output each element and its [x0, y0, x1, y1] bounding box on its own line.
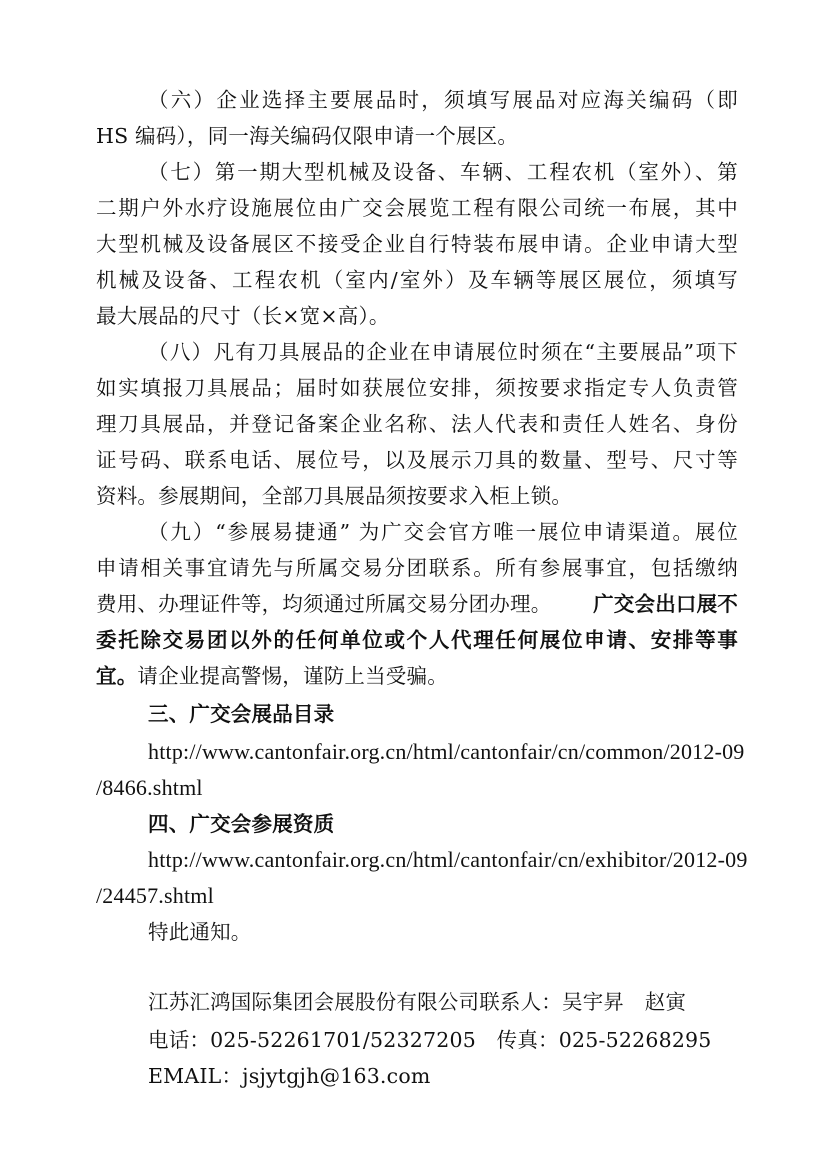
section-6-line-2: HS 编码），同一海关编码仅限申请一个展区。: [96, 118, 518, 154]
section-7-line-3: 大型机械及设备展区不接受企业自行特装布展申请。企业申请大型: [96, 226, 738, 262]
section-8-line-4: 证号码、联系电话、展位号，以及展示刀具的数量、型号、尺寸等: [96, 442, 738, 478]
section-9-line-2: 申请相关事宜请先与所属交易分团联系。所有参展事宜，包括缴纳: [96, 550, 738, 586]
section-7-line-5: 最大展品的尺寸（长×宽×高）。: [96, 298, 390, 334]
section-9-line-3-normal: 费用、办理证件等，均须通过所属交易分团办理。: [96, 586, 551, 622]
section-9-line-3-bold: 广交会出口展不: [593, 586, 738, 622]
section-9-line-5: 宜。请企业提高警惕，谨防上当受骗。: [96, 658, 448, 694]
link-product-catalog-line-1[interactable]: http://www.cantonfair.org.cn/html/canton…: [148, 734, 745, 770]
section-9-line-5-normal: 请企业提高警惕，谨防上当受骗。: [137, 664, 448, 688]
section-9-line-5-bold: 宜。: [96, 664, 137, 688]
link-product-catalog-line-2[interactable]: /8466.shtml: [96, 770, 203, 806]
section-8-line-3: 理刀具展品，并登记备案企业名称、法人代表和责任人姓名、身份: [96, 406, 738, 442]
closing-notice: 特此通知。: [148, 914, 252, 950]
section-7-line-4: 机械及设备、工程农机（室内/室外）及车辆等展区展位，须填写: [96, 262, 738, 298]
section-8-line-5: 资料。参展期间，全部刀具展品须按要求入柜上锁。: [96, 478, 572, 514]
section-9-line-3: 费用、办理证件等，均须通过所属交易分团办理。 广交会出口展不: [96, 586, 738, 622]
contact-phone: 电话：025-52261701/52327205 传真：025-52268295: [148, 1022, 712, 1058]
heading-product-catalog: 三、广交会展品目录: [148, 696, 334, 732]
link-exhibitor-qualification-line-2[interactable]: /24457.shtml: [96, 878, 214, 914]
section-7-line-2: 二期户外水疗设施展位由广交会展览工程有限公司统一布展，其中: [96, 190, 738, 226]
contact-company: 江苏汇鸿国际集团会展股份有限公司联系人：吴宇昇 赵寅: [148, 984, 686, 1020]
contact-email[interactable]: EMAIL：jsjytgjh@163.com: [148, 1058, 431, 1094]
section-6-line-1: （六）企业选择主要展品时，须填写展品对应海关编码（即: [148, 82, 738, 118]
heading-exhibitor-qualification: 四、广交会参展资质: [148, 806, 334, 842]
link-exhibitor-qualification-line-1[interactable]: http://www.cantonfair.org.cn/html/canton…: [148, 842, 748, 878]
section-7-line-1: （七）第一期大型机械及设备、车辆、工程农机（室外）、第: [148, 154, 738, 190]
section-8-line-2: 如实填报刀具展品；届时如获展位安排，须按要求指定专人负责管: [96, 370, 738, 406]
section-8-line-1: （八）凡有刀具展品的企业在申请展位时须在“主要展品”项下: [148, 334, 738, 370]
section-9-line-4: 委托除交易团以外的任何单位或个人代理任何展位申请、安排等事: [96, 622, 738, 658]
section-9-line-1: （九）“参展易捷通” 为广交会官方唯一展位申请渠道。展位: [148, 514, 738, 550]
